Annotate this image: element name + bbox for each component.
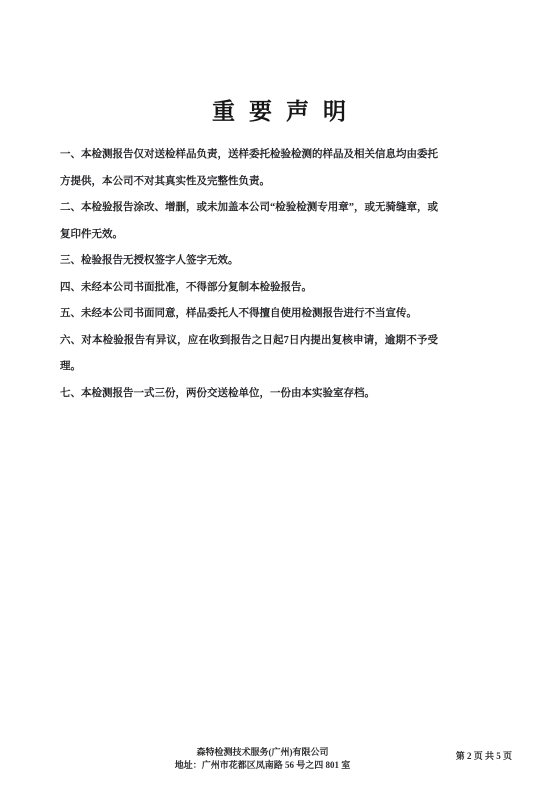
- page-title: 重要声明: [0, 93, 550, 126]
- clause-4: 四、未经本公司书面批准，不得部分复制本检验报告。: [60, 275, 438, 302]
- company-address: 地址：广州市花都区凤南路 56 号之四 801 室: [150, 759, 375, 772]
- clause-5: 五、未经本公司书面同意，样品委托人不得擅自使用检测报告进行不当宣传。: [60, 301, 438, 328]
- clause-7: 七、本检测报告一式三份，两份交送检单位，一份由本实验室存档。: [60, 381, 438, 408]
- document-page: 重要声明 一、本检测报告仅对送检样品负责，送样委托检验检测的样品及相关信息均由委…: [0, 0, 550, 791]
- clause-6: 六、对本检验报告有异议，应在收到报告之日起7日内提出复核申请，逾期不予受理。: [60, 328, 438, 381]
- page-footer: 森特检测技术服务(广州)有限公司 地址：广州市花都区凤南路 56 号之四 801…: [0, 746, 550, 776]
- clause-2: 二、本检验报告涂改、增删，或未加盖本公司“检验检测专用章”，或无骑缝章，或复印件…: [60, 195, 438, 248]
- footer-company-block: 森特检测技术服务(广州)有限公司 地址：广州市花都区凤南路 56 号之四 801…: [150, 746, 375, 772]
- clause-1: 一、本检测报告仅对送检样品负责，送样委托检验检测的样品及相关信息均由委托方提供，…: [60, 142, 438, 195]
- company-name: 森特检测技术服务(广州)有限公司: [150, 746, 375, 759]
- clause-3: 三、检验报告无授权签字人签字无效。: [60, 248, 438, 275]
- clause-list: 一、本检测报告仅对送检样品负责，送样委托检验检测的样品及相关信息均由委托方提供，…: [60, 142, 438, 407]
- page-number: 第 2 页 共 5 页: [456, 749, 512, 762]
